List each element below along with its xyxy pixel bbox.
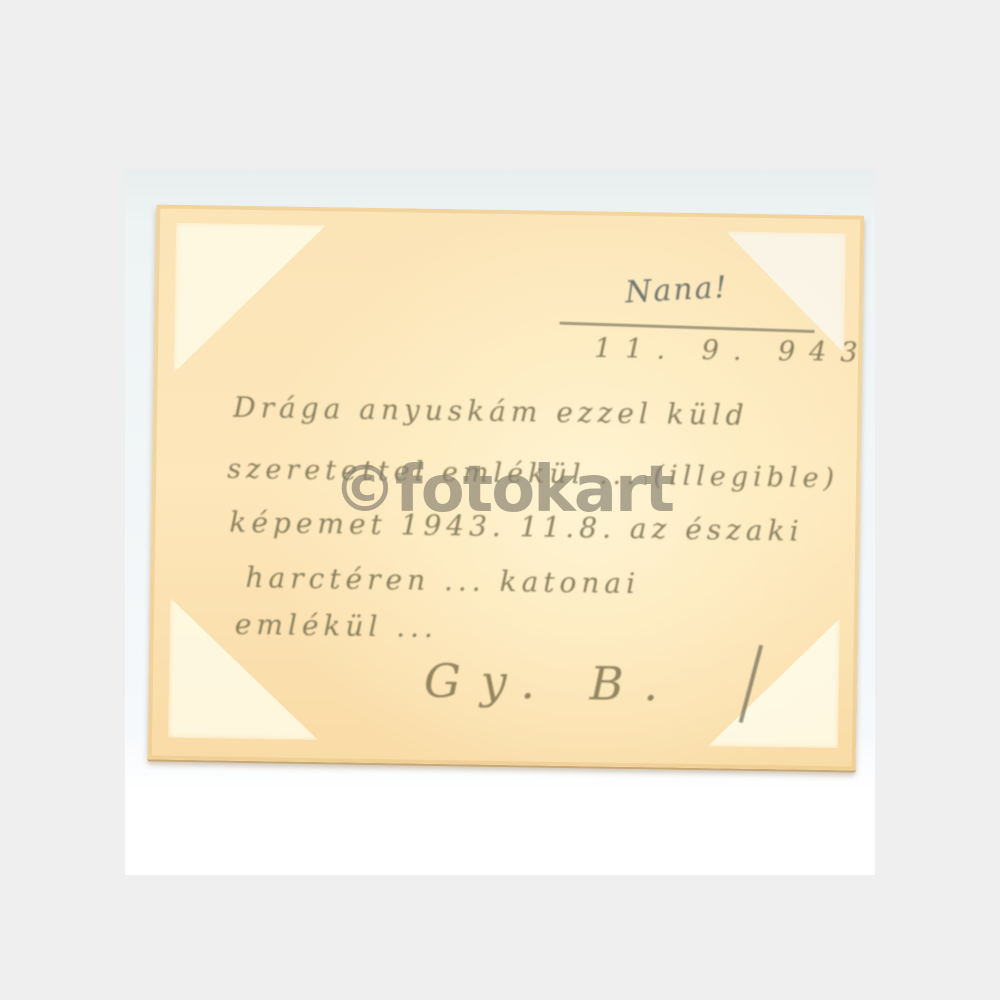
inscription-date: 11. 9. 943 <box>594 333 872 368</box>
inscription-line: Drága anyuskám ezzel küld <box>233 391 749 432</box>
inscription-line: emlékül ... <box>235 608 439 644</box>
inscription-line: harctéren ... katonai <box>245 561 640 600</box>
photo-corner-mount-top-left <box>174 223 326 375</box>
underline-rule <box>560 322 815 333</box>
inscription-header: Nana! <box>624 270 729 311</box>
signature: Gy. B. <box>424 654 679 712</box>
watermark: ©fotokart <box>318 458 688 522</box>
photo-corner-mount-bottom-right <box>708 616 840 748</box>
